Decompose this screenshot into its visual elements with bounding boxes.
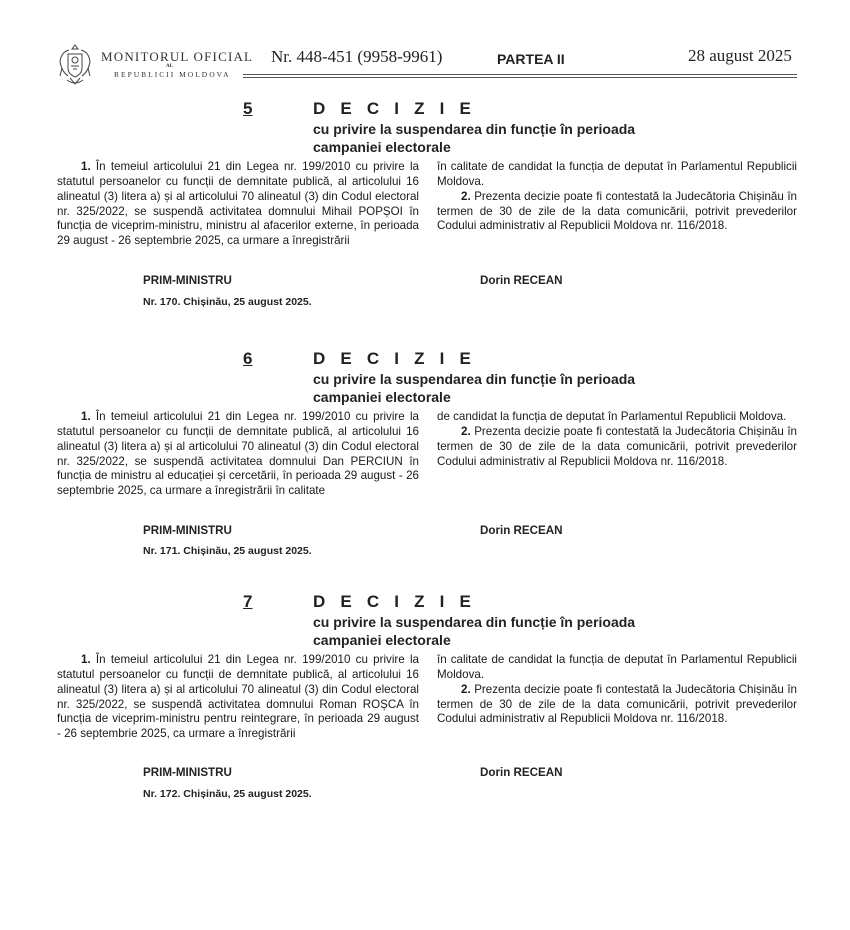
decision-subtitle: cu privire la suspendarea din funcție în… [313, 613, 753, 649]
decision-number: 6 [243, 349, 252, 369]
issue-number: Nr. 448-451 (9958-9961) [271, 47, 442, 67]
decision-reference: Nr. 170. Chișinău, 25 august 2025. [143, 296, 312, 308]
paragraph-1: 1. În temeiul articolului 21 din Legea n… [57, 653, 419, 742]
paragraph-label: 1. [81, 160, 91, 173]
paragraph-1: 1. În temeiul articolului 21 din Legea n… [57, 410, 419, 499]
header-divider [243, 77, 797, 78]
decision-subtitle-line: cu privire la suspendarea din funcție în… [313, 370, 753, 388]
decision-reference: Nr. 171. Chișinău, 25 august 2025. [143, 545, 312, 557]
paragraph-1-continued: în calitate de candidat la funcția de de… [437, 653, 797, 683]
paragraph-2: 2. Prezenta decizie poate fi contestată … [437, 425, 797, 470]
publication-title: MONITORUL OFICIAL [101, 49, 253, 65]
paragraph-label: 2. [461, 190, 471, 203]
decision-subtitle-line: campaniei electorale [313, 631, 753, 649]
decision-subtitle-line: cu privire la suspendarea din funcție în… [313, 120, 753, 138]
decision-title: D E C I Z I E [313, 99, 476, 119]
paragraph-text: Prezenta decizie poate fi contestată la … [437, 683, 797, 726]
coat-of-arms-icon [57, 42, 93, 88]
paragraph-2: 2. Prezenta decizie poate fi contestată … [437, 683, 797, 728]
signer-name: Dorin RECEAN [480, 274, 562, 287]
header-divider [243, 74, 797, 75]
decision-body-left: 1. În temeiul articolului 21 din Legea n… [57, 410, 419, 499]
paragraph-label: 1. [81, 653, 91, 666]
decision-title: D E C I Z I E [313, 349, 476, 369]
signer-role: PRIM-MINISTRU [143, 274, 232, 287]
page-header: MONITORUL OFICIAL AL REPUBLICII MOLDOVA … [0, 0, 850, 95]
decision-number: 7 [243, 592, 252, 612]
decision-number: 5 [243, 99, 252, 119]
paragraph-text: În temeiul articolului 21 din Legea nr. … [57, 160, 419, 247]
paragraph-label: 1. [81, 410, 91, 423]
decision-subtitle-line: campaniei electorale [313, 388, 753, 406]
decision-reference: Nr. 172. Chișinău, 25 august 2025. [143, 788, 312, 800]
decision-subtitle-line: campaniei electorale [313, 138, 753, 156]
signer-name: Dorin RECEAN [480, 524, 562, 537]
paragraph-2: 2. Prezenta decizie poate fi contestată … [437, 190, 797, 235]
part-label: PARTEA II [497, 51, 565, 67]
paragraph-text: Prezenta decizie poate fi contestată la … [437, 425, 797, 468]
decision-body-right: de candidat la funcția de deputat în Par… [437, 410, 797, 469]
publication-title-connector: AL [166, 64, 173, 69]
decision-subtitle: cu privire la suspendarea din funcție în… [313, 120, 753, 156]
paragraph-1-continued: de candidat la funcția de deputat în Par… [437, 410, 797, 425]
paragraph-label: 2. [461, 425, 471, 438]
signer-name: Dorin RECEAN [480, 766, 562, 779]
paragraph-1-continued: în calitate de candidat la funcția de de… [437, 160, 797, 190]
decision-body-left: 1. În temeiul articolului 21 din Legea n… [57, 653, 419, 742]
paragraph-1: 1. În temeiul articolului 21 din Legea n… [57, 160, 419, 249]
paragraph-text: În temeiul articolului 21 din Legea nr. … [57, 410, 419, 497]
decision-body-right: în calitate de candidat la funcția de de… [437, 653, 797, 727]
decision-subtitle: cu privire la suspendarea din funcție în… [313, 370, 753, 406]
decision-body-right: în calitate de candidat la funcția de de… [437, 160, 797, 234]
paragraph-text: În temeiul articolului 21 din Legea nr. … [57, 653, 419, 740]
decision-title: D E C I Z I E [313, 592, 476, 612]
paragraph-label: 2. [461, 683, 471, 696]
signer-role: PRIM-MINISTRU [143, 766, 232, 779]
decision-body-left: 1. În temeiul articolului 21 din Legea n… [57, 160, 419, 249]
signer-role: PRIM-MINISTRU [143, 524, 232, 537]
issue-date: 28 august 2025 [688, 46, 792, 66]
publication-subtitle: REPUBLICII MOLDOVA [114, 70, 231, 79]
paragraph-text: Prezenta decizie poate fi contestată la … [437, 190, 797, 233]
decision-subtitle-line: cu privire la suspendarea din funcție în… [313, 613, 753, 631]
